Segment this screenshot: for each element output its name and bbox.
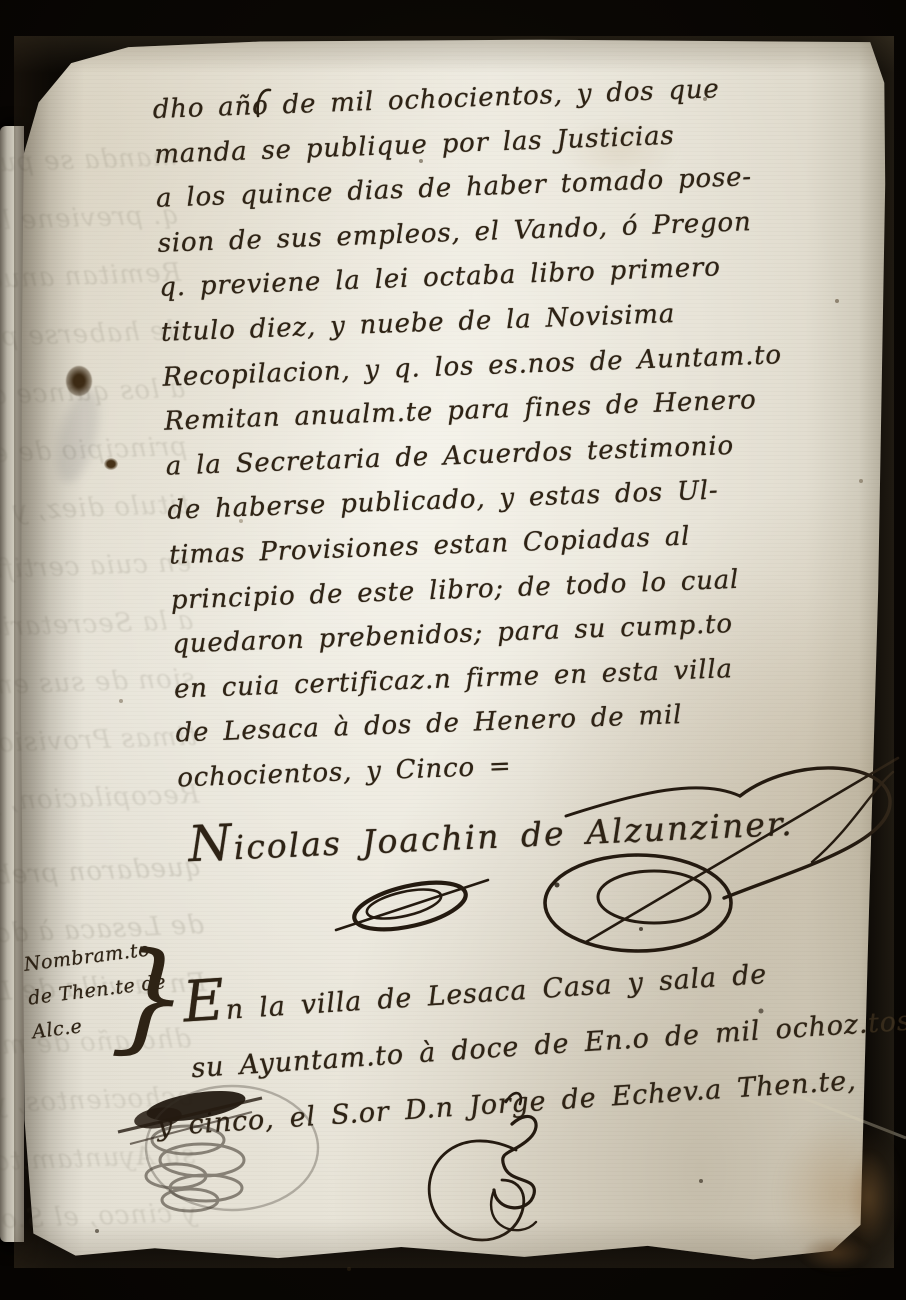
underlying-page-edge — [0, 126, 24, 1242]
paper-speckles — [0, 0, 2, 2]
photo-backdrop: manda se publique por las Justicias q. p… — [0, 0, 906, 1300]
manuscript-body-text: dho año de mil ochocientos, y dos que ma… — [152, 64, 826, 801]
